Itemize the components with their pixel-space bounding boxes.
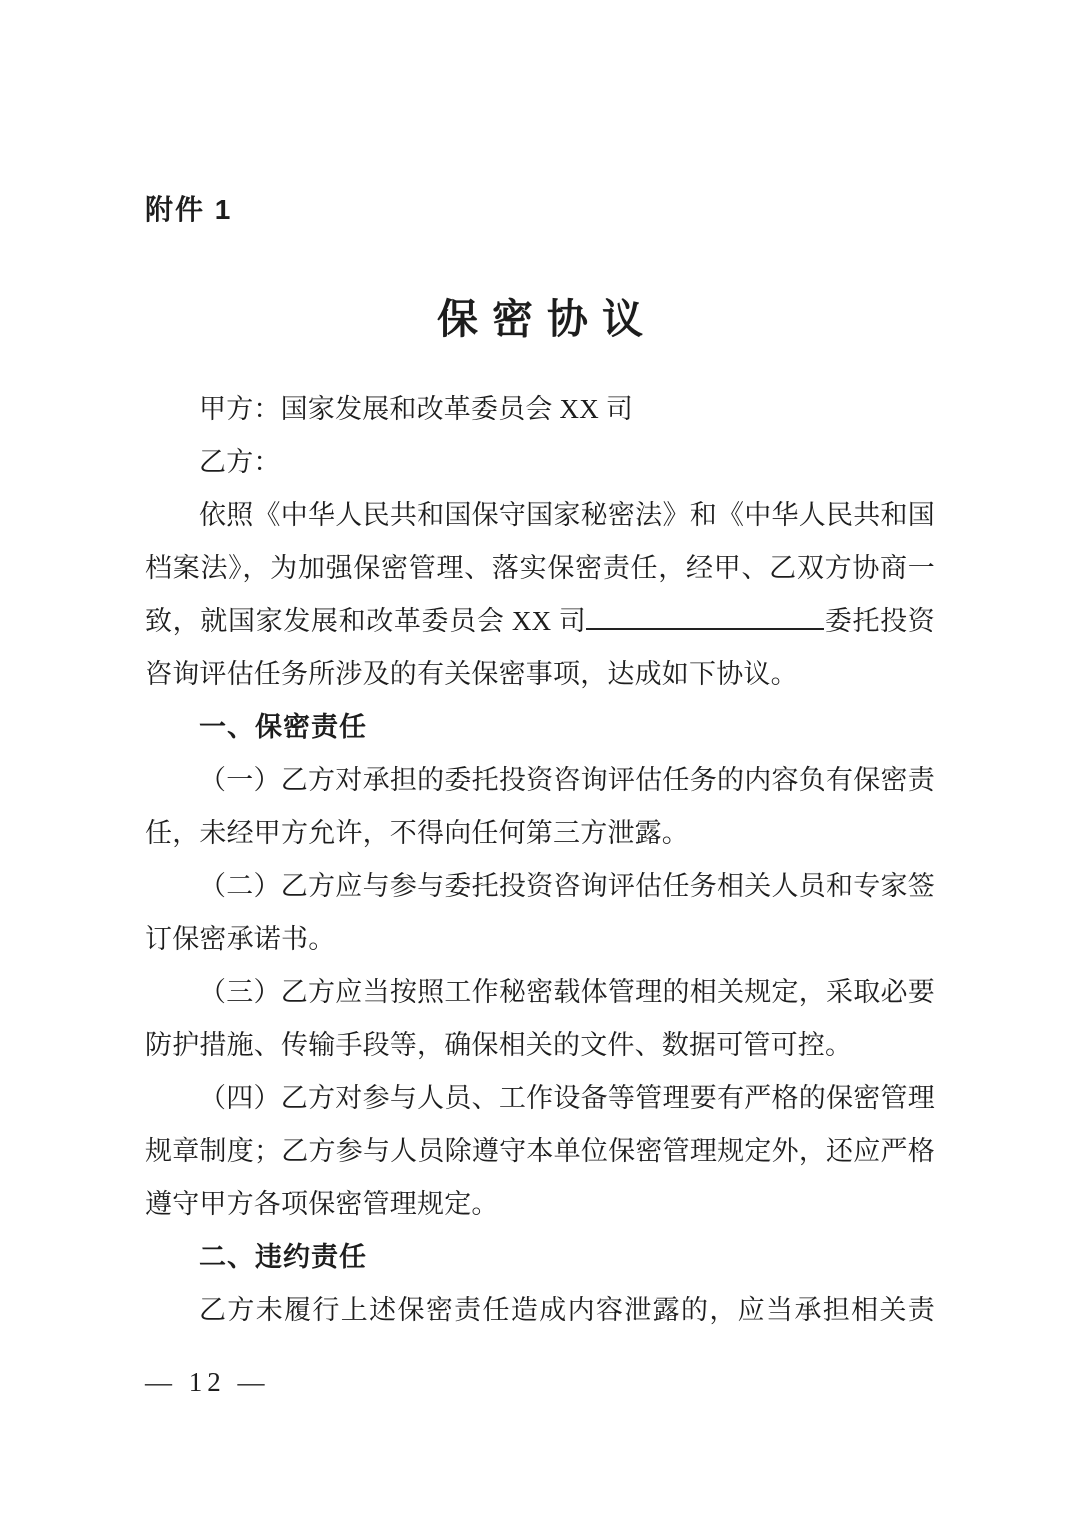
party-a-line: 甲方：国家发展和改革委员会 XX 司	[145, 383, 935, 436]
clause-3: （三）乙方应当按照工作秘密载体管理的相关规定，采取必要防护措施、传输手段等，确保…	[145, 966, 935, 1072]
document-page: 附件 1 保密协议 甲方：国家发展和改革委员会 XX 司 乙方： 依照《中华人民…	[0, 0, 1080, 1527]
fill-in-blank-line	[586, 626, 824, 630]
section-heading-confidentiality: 一、保密责任	[145, 701, 935, 754]
document-title: 保密协议	[0, 286, 1080, 345]
document-body: 甲方：国家发展和改革委员会 XX 司 乙方： 依照《中华人民共和国保守国家秘密法…	[145, 383, 935, 1337]
party-b-line: 乙方：	[145, 436, 935, 489]
clause-4: （四）乙方对参与人员、工作设备等管理要有严格的保密管理规章制度；乙方参与人员除遵…	[145, 1072, 935, 1231]
breach-clause-truncated: 乙方未履行上述保密责任造成内容泄露的，应当承担相关责	[145, 1284, 935, 1337]
clause-2: （二）乙方应与参与委托投资咨询评估任务相关人员和专家签订保密承诺书。	[145, 860, 935, 966]
preamble-text-before: 依照《中华人民共和国保守国家秘密法》和《中华人民共和国档案法》，为加强保密管理、…	[145, 500, 935, 636]
section-heading-breach: 二、违约责任	[145, 1231, 935, 1284]
clause-1: （一）乙方对承担的委托投资咨询评估任务的内容负有保密责任，未经甲方允许，不得向任…	[145, 754, 935, 860]
preamble-paragraph: 依照《中华人民共和国保守国家秘密法》和《中华人民共和国档案法》，为加强保密管理、…	[145, 489, 935, 701]
page-number: — 12 —	[145, 1367, 270, 1398]
attachment-label: 附件 1	[145, 188, 232, 228]
